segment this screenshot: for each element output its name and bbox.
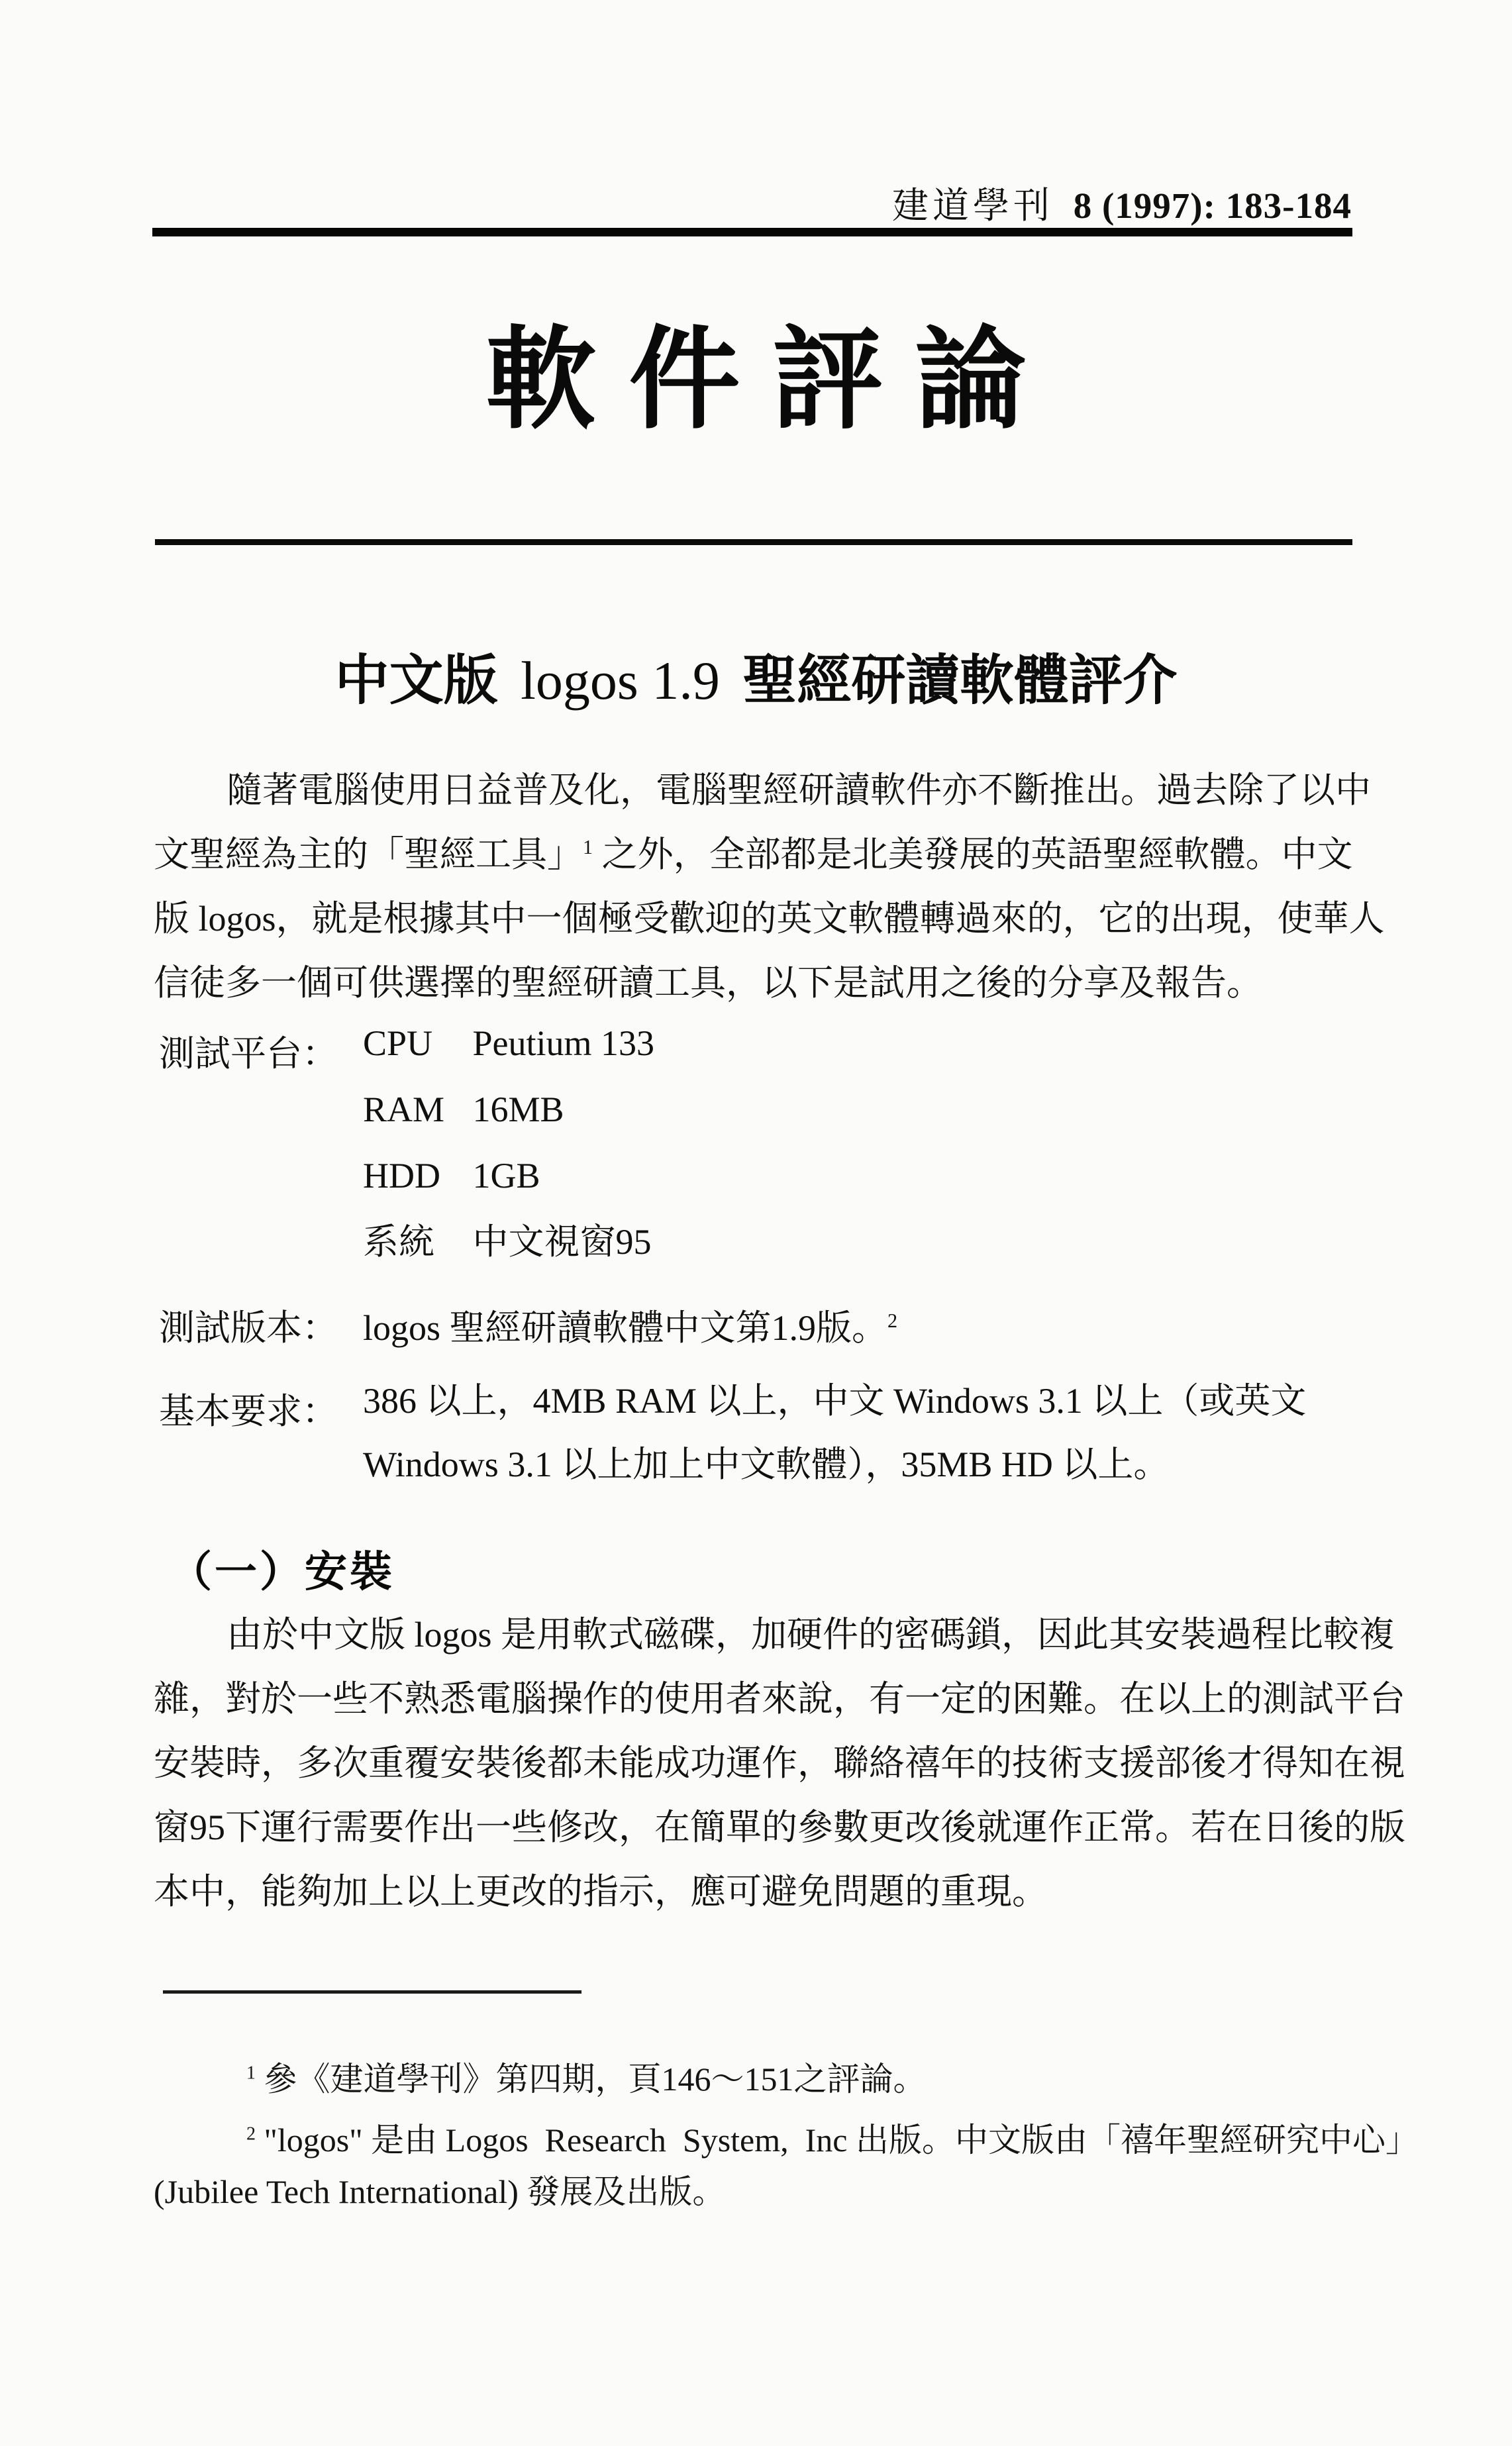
requirements-label: 基本要求：	[159, 1383, 338, 1434]
journal-name: 建道學刊	[892, 185, 1054, 226]
footnote-2-line-1: 2 "logos" 是由 Logos Research System, Inc …	[154, 2117, 1419, 2163]
article-title-latin: logos 1.9	[521, 650, 720, 711]
test-version-value: logos 聖經研讀軟體中文第1.9版。2	[363, 1299, 897, 1350]
spec-row-hdd: HDD 1GB	[363, 1143, 654, 1209]
page-title: 軟件評論	[0, 317, 1512, 442]
install-line: 安裝時，多次重覆安裝後都未能成功運作，聯絡禧年的技術支援部後才得知在視	[154, 1731, 1358, 1796]
requirements-text: 386 以上，4MB RAM 以上，中文 Windows 3.1 以上（或英文 …	[363, 1369, 1356, 1496]
journal-header: 建道學刊 8 (1997): 183-184	[892, 176, 1352, 229]
footnote-2-marker: 2	[246, 2123, 256, 2144]
article-title: 中文版 logos 1.9 聖經研讀軟體評介	[0, 648, 1512, 714]
footnote-1-marker: 1	[246, 2063, 256, 2083]
intro-line: 版 logos，就是根據其中一個極受歡迎的英文軟體轉過來的，它的出現，使華人	[154, 887, 1358, 951]
intro-line: 信徒多一個可供選擇的聖經研讀工具，以下是試用之後的分享及報告。	[154, 951, 1358, 1015]
spec-key: 系統	[363, 1209, 464, 1275]
intro-line: 隨著電腦使用日益普及化，電腦聖經研讀軟件亦不斷推出。過去除了以中	[154, 758, 1358, 823]
spec-value: 中文視窗95	[473, 1222, 652, 1262]
install-section-heading: （一）安裝	[170, 1538, 395, 1599]
footnote-2-line-2: (Jubilee Tech International) 發展及出版。	[154, 2168, 725, 2215]
article-title-zh-pre: 中文版	[335, 650, 498, 711]
test-version-label: 測試版本：	[159, 1299, 338, 1350]
install-paragraph: 由於中文版 logos 是用軟式磁碟，加硬件的密碼鎖，因此其安裝過程比較複 雜，…	[154, 1603, 1358, 1924]
test-platform-label: 測試平台：	[159, 1025, 338, 1076]
title-divider-rule	[155, 539, 1352, 545]
spec-key: HDD	[363, 1143, 464, 1209]
footnote-separator-rule	[163, 1990, 581, 1994]
install-line: 雜，對於一些不熟悉電腦操作的使用者來說，有一定的困難。在以上的測試平台	[154, 1667, 1358, 1731]
test-platform-table: CPU Peutium 133 RAM 16MB HDD 1GB 系統 中文視窗…	[363, 1010, 654, 1275]
spec-key: CPU	[363, 1010, 464, 1076]
intro-line: 文聖經為主的「聖經工具」1 之外，全部都是北美發展的英語聖經軟體。中文	[154, 823, 1358, 887]
article-title-zh-post: 聖經研讀軟體評介	[742, 650, 1177, 711]
spec-row-os: 系統 中文視窗95	[363, 1209, 654, 1275]
spec-value: 1GB	[473, 1156, 540, 1196]
footnote-ref-2: 2	[887, 1309, 897, 1332]
footnote-ref-1: 1	[583, 836, 593, 858]
spec-value: Peutium 133	[473, 1023, 655, 1063]
requirements-line: Windows 3.1 以上加上中文軟體），35MB HD 以上。	[363, 1433, 1356, 1496]
install-line: 本中，能夠加上以上更改的指示，應可避免問題的重現。	[154, 1860, 1358, 1924]
spec-row-ram: RAM 16MB	[363, 1076, 654, 1143]
journal-citation: 8 (1997): 183-184	[1074, 185, 1352, 226]
spec-value: 16MB	[473, 1090, 564, 1129]
spec-row-cpu: CPU Peutium 133	[363, 1010, 654, 1076]
install-line: 窗95下運行需要作出一些修改，在簡單的參數更改後就運作正常。若在日後的版	[154, 1796, 1358, 1860]
footnote-1: 1 參《建道學刊》第四期，頁146～151之評論。	[154, 2056, 927, 2102]
header-rule	[152, 228, 1352, 236]
requirements-line: 386 以上，4MB RAM 以上，中文 Windows 3.1 以上（或英文	[363, 1369, 1356, 1433]
spec-key: RAM	[363, 1076, 464, 1143]
install-line: 由於中文版 logos 是用軟式磁碟，加硬件的密碼鎖，因此其安裝過程比較複	[154, 1603, 1358, 1667]
intro-paragraph: 隨著電腦使用日益普及化，電腦聖經研讀軟件亦不斷推出。過去除了以中 文聖經為主的「…	[154, 758, 1358, 1015]
